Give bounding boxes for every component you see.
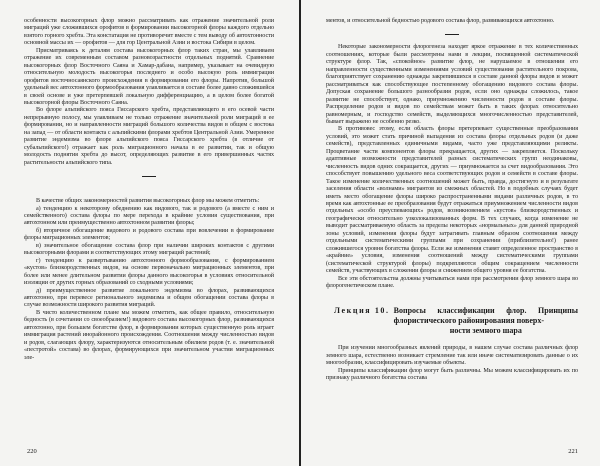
paragraph: При изучении многообразных явлений приро…: [326, 345, 578, 367]
paragraph: В противовес этому, если область флоры п…: [326, 126, 578, 275]
right-page: ментов, и относительной бедностью родово…: [300, 0, 600, 466]
page-number: 220: [27, 448, 37, 455]
paragraph: Все эти обстоятельства должны учитыватьс…: [326, 276, 578, 291]
paragraph: В качестве общих закономерностей развити…: [24, 198, 274, 205]
list-item: д) преимущественное развитие локального …: [24, 288, 274, 310]
paragraph: В чисто количественном плане мы можем от…: [24, 310, 274, 362]
book-spread: особенности высокогорных флор можно расс…: [0, 0, 600, 466]
lecture-heading: Лекция 10. Вопросы классификации флор. П…: [334, 306, 578, 335]
list-item: в) значительное обогащение состава флор …: [24, 243, 274, 258]
paragraph: ментов, и относительной бедностью родово…: [326, 18, 578, 25]
list-item: а) тенденцию к некоторому обеднению как …: [24, 206, 274, 228]
paragraph: особенности высокогорных флор можно расс…: [24, 18, 274, 48]
page-number: 221: [568, 448, 578, 455]
lecture-label: Лекция 10.: [334, 306, 390, 335]
paragraph: Принципы классификации флор могут быть р…: [326, 368, 578, 383]
paragraph: Некоторые закономерности флорогенеза нах…: [326, 44, 578, 126]
lecture-title: Вопросы классификации флор. Принципы фло…: [394, 306, 578, 335]
list-item: б) вторичное обогащение видового и родов…: [24, 228, 274, 243]
list-item: г) тенденцию к развертыванию автохтонног…: [24, 258, 274, 288]
section-divider: [445, 34, 459, 35]
section-divider: [142, 176, 156, 177]
left-page: особенности высокогорных флор можно расс…: [0, 0, 300, 466]
paragraph: Присматриваясь к деталям состава высоког…: [24, 48, 274, 108]
paragraph: Во флоре альпийского пояса Гиссарского х…: [24, 107, 274, 167]
